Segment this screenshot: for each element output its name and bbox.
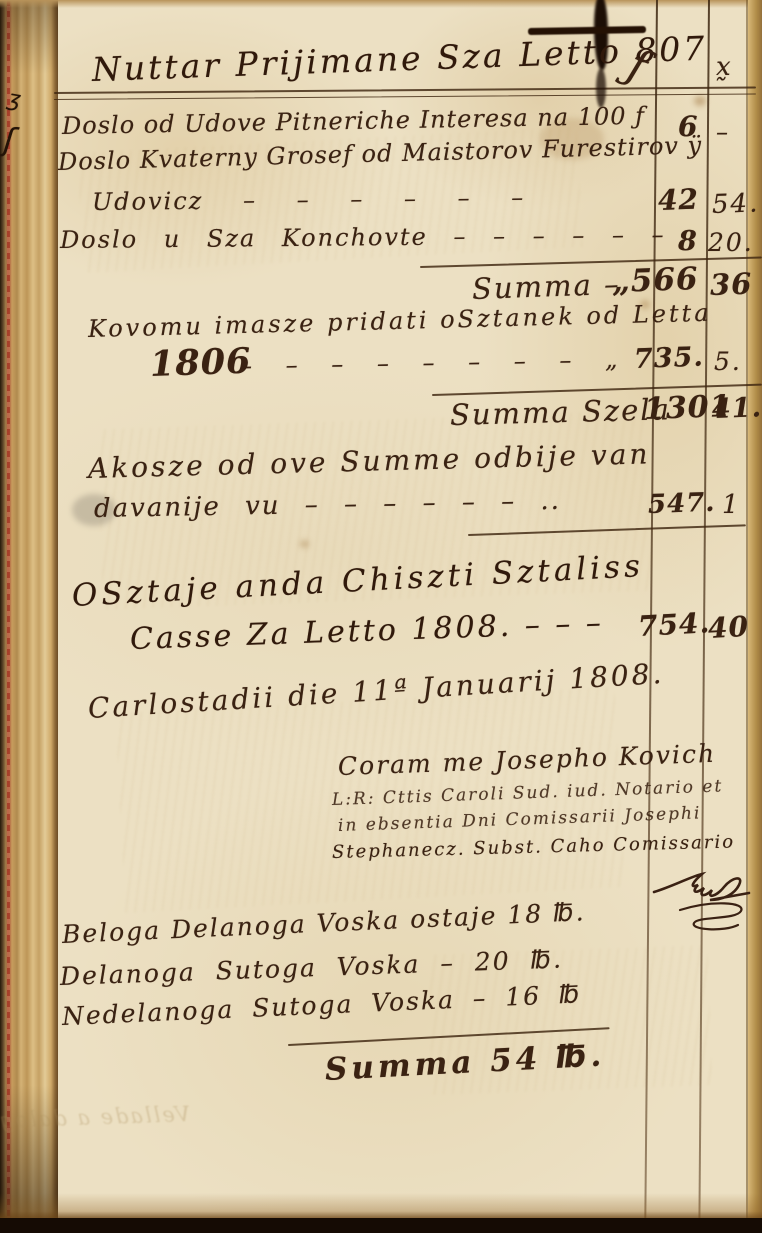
remainder-f-value: 754.	[637, 606, 711, 643]
summa-label: Summa –	[471, 267, 621, 306]
summa-x-value: 36	[709, 267, 753, 302]
entry-row-text: Udovicz – – – – – –	[92, 183, 525, 216]
carryover-year: 1806	[149, 340, 252, 385]
summa-total-x-value: 41.	[711, 392, 762, 425]
carryover-f-value: 735.	[633, 342, 704, 375]
deduction-x-value: 1	[722, 490, 741, 520]
summa-total-label: Summa Szela	[450, 392, 672, 432]
entry-row-x-value: 54.	[711, 188, 759, 220]
page-bottom-edge	[0, 1193, 762, 1221]
page-top-edge	[0, 0, 762, 8]
entry-row-f-value: 8	[678, 226, 698, 257]
manuscript-ledger-page: ʒ ʃ Nuttar Prijimane Sza Letto 807 ƒ x̰ …	[0, 0, 762, 1233]
entry-row-f-value: 42	[657, 183, 699, 217]
remainder-x-value: 40	[707, 610, 750, 645]
entry-row-text: Doslo u Sza Konchovte – – – – – –	[60, 221, 666, 254]
summa-f-value: „566	[611, 261, 699, 300]
currency-column-x-label: x̰	[716, 52, 733, 82]
entry-row-x-value: 20.	[708, 228, 754, 257]
signature-paraph	[652, 856, 757, 936]
entry-row-x-value: –	[716, 118, 730, 146]
carryover-x-value: 5.	[714, 347, 742, 376]
stain	[694, 96, 706, 106]
stain	[300, 540, 309, 548]
deduction-f-value: 547.	[647, 488, 715, 520]
book-bottom-shadow	[0, 1218, 762, 1233]
page-right-edge	[748, 0, 762, 1233]
binding-shadow	[0, 0, 58, 1233]
